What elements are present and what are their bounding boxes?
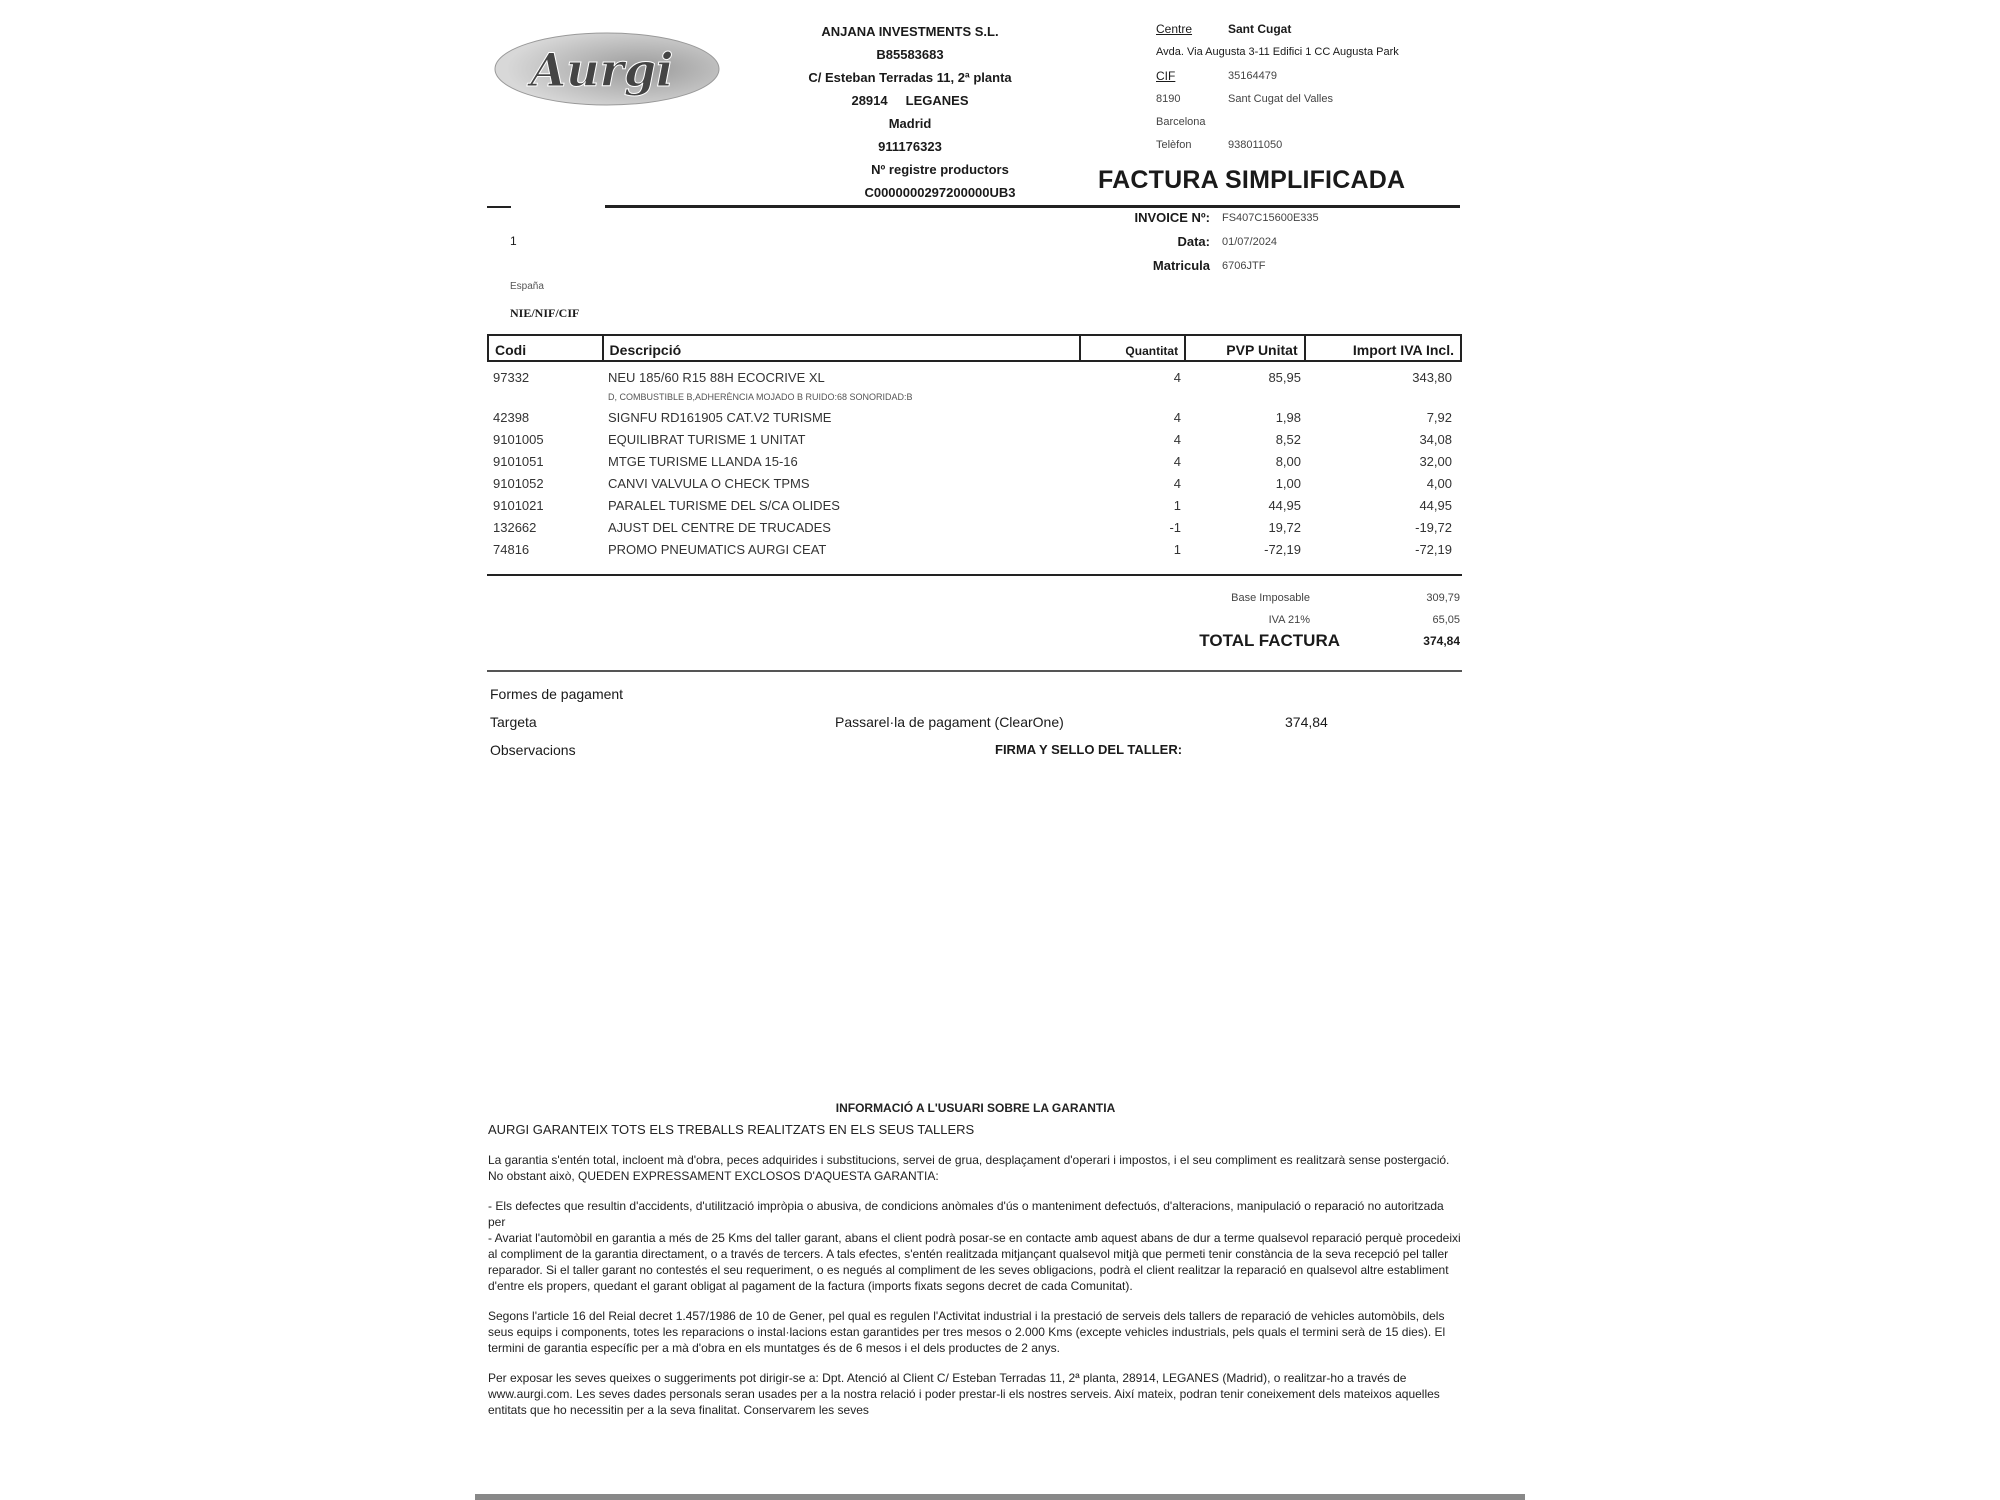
item-code: 9101051: [487, 454, 602, 469]
header-divider: [605, 205, 1460, 208]
item-description: NEU 185/60 R15 88H ECOCRIVE XL: [602, 370, 1082, 385]
item-description: PROMO PNEUMATICS AURGI CEAT: [602, 542, 1082, 557]
item-code: 97332: [487, 370, 602, 385]
item-unit-price: 8,00: [1187, 454, 1307, 469]
col-unit-price: PVP Unitat: [1186, 336, 1306, 360]
signature-label: FIRMA Y SELLO DEL TALLER:: [995, 736, 1182, 764]
invoice-number-label: INVOICE Nº:: [1100, 206, 1222, 230]
warranty-title: INFORMACIÓ A L'USUARI SOBRE LA GARANTIA: [488, 1100, 1463, 1116]
item-description: SIGNFU RD161905 CAT.V2 TURISME: [602, 410, 1082, 425]
item-total: 34,08: [1307, 432, 1462, 447]
base-value: 309,79: [1380, 592, 1460, 604]
warranty-paragraph-4: Per exposar les seves queixes o suggerim…: [488, 1370, 1463, 1418]
table-row: 9101005EQUILIBRAT TURISME 1 UNITAT48,523…: [487, 428, 1462, 450]
payment-section: Formes de pagament Targeta Passarel·la d…: [490, 680, 1390, 764]
company-cif: B85583683: [760, 43, 1060, 66]
registry-value: C0000000297200000UB3: [760, 181, 1060, 204]
centre-label: Centre: [1156, 18, 1228, 41]
item-unit-price: 1,00: [1187, 476, 1307, 491]
document-title: FACTURA SIMPLIFICADA: [1098, 166, 1405, 195]
centre-city: Sant Cugat del Valles: [1228, 88, 1333, 111]
page-bottom-edge: [475, 1494, 1525, 1500]
table-row: 9101051MTGE TURISME LLANDA 15-1648,0032,…: [487, 450, 1462, 472]
col-description: Descripció: [604, 336, 1082, 360]
item-description: PARALEL TURISME DEL S/CA OLIDES: [602, 498, 1082, 513]
item-code: 42398: [487, 410, 602, 425]
centre-cif-value: 35164479: [1228, 65, 1277, 88]
client-tax-id-label: NIE/NIF/CIF: [510, 300, 579, 326]
client-line: 1: [510, 228, 579, 254]
card-label: Targeta: [490, 708, 835, 736]
item-code: 132662: [487, 520, 602, 535]
company-info: ANJANA INVESTMENTS S.L. B85583683 C/ Est…: [760, 20, 1060, 204]
centre-postal-code: 8190: [1156, 88, 1228, 111]
company-name: ANJANA INVESTMENTS S.L.: [760, 20, 1060, 43]
item-total: 7,92: [1307, 410, 1462, 425]
centre-cif-label: CIF: [1156, 65, 1228, 88]
col-quantity: Quantitat: [1081, 336, 1186, 360]
table-row: 132662AJUST DEL CENTRE DE TRUCADES-119,7…: [487, 516, 1462, 538]
item-total: 4,00: [1307, 476, 1462, 491]
invoice-date-label: Data:: [1100, 230, 1222, 254]
item-code: 9101021: [487, 498, 602, 513]
client-country: España: [510, 274, 579, 300]
invoice-date-value: 01/07/2024: [1222, 230, 1277, 254]
logo-text: Aurgi: [526, 43, 673, 97]
aurgi-logo: Aurgi: [492, 28, 722, 110]
totals-divider: [487, 670, 1462, 672]
item-unit-price: 1,98: [1187, 410, 1307, 425]
iva-label: IVA 21%: [1100, 614, 1380, 626]
item-description: MTGE TURISME LLANDA 15-16: [602, 454, 1082, 469]
item-code: 9101052: [487, 476, 602, 491]
table-header: Codi Descripció Quantitat PVP Unitat Imp…: [487, 334, 1462, 362]
registry-label: Nº registre productors: [760, 158, 1060, 181]
table-body: 97332NEU 185/60 R15 88H ECOCRIVE XL485,9…: [487, 366, 1462, 560]
gateway-amount: 374,84: [1285, 708, 1328, 736]
col-total: Import IVA Incl.: [1306, 336, 1460, 360]
gateway-label: Passarel·la de pagament (ClearOne): [835, 708, 1285, 736]
centre-phone-label: Telèfon: [1156, 134, 1228, 157]
base-label: Base Imposable: [1100, 592, 1380, 604]
item-unit-price: 85,95: [1187, 370, 1307, 385]
item-total: 32,00: [1307, 454, 1462, 469]
warranty-paragraph-3: Segons l'article 16 del Reial decret 1.4…: [488, 1308, 1463, 1356]
invoice-number-value: FS407C15600E335: [1222, 206, 1319, 230]
item-total: -72,19: [1307, 542, 1462, 557]
header-divider-left: [487, 206, 511, 208]
centre-value: Sant Cugat: [1228, 18, 1291, 41]
item-code: 74816: [487, 542, 602, 557]
centre-info: CentreSant Cugat Avda. Via Augusta 3-11 …: [1156, 18, 1399, 158]
total-value: 374,84: [1380, 634, 1460, 648]
table-row: 9101021PARALEL TURISME DEL S/CA OLIDES14…: [487, 494, 1462, 516]
col-code: Codi: [489, 336, 604, 360]
table-bottom-divider: [487, 574, 1462, 576]
warranty-section: INFORMACIÓ A L'USUARI SOBRE LA GARANTIA …: [488, 1100, 1463, 1432]
invoice-meta: INVOICE Nº:FS407C15600E335 Data:01/07/20…: [1100, 206, 1319, 278]
line-items-table: Codi Descripció Quantitat PVP Unitat Imp…: [487, 334, 1462, 576]
item-unit-price: 44,95: [1187, 498, 1307, 513]
company-postal-city: 28914 LEGANES: [760, 89, 1060, 112]
item-subdescription: D, COMBUSTIBLE B,ADHERÈNCIA MOJADO B RUI…: [487, 388, 1462, 406]
item-unit-price: 8,52: [1187, 432, 1307, 447]
item-quantity: 4: [1082, 476, 1187, 491]
plate-label: Matricula: [1100, 254, 1222, 278]
company-phone: 911176323: [760, 135, 1060, 158]
warranty-paragraph-2: - Els defectes que resultin d'accidents,…: [488, 1198, 1463, 1294]
company-province: Madrid: [760, 112, 1060, 135]
item-quantity: 4: [1082, 410, 1187, 425]
warranty-paragraph-1: La garantia s'entén total, incloent mà d…: [488, 1152, 1463, 1184]
item-total: 44,95: [1307, 498, 1462, 513]
item-code: 9101005: [487, 432, 602, 447]
table-row: 97332NEU 185/60 R15 88H ECOCRIVE XL485,9…: [487, 366, 1462, 388]
centre-phone-value: 938011050: [1228, 134, 1282, 157]
item-quantity: 4: [1082, 432, 1187, 447]
observations-label: Observacions: [490, 736, 995, 764]
centre-address: Avda. Via Augusta 3-11 Edifici 1 CC Augu…: [1156, 41, 1399, 64]
plate-value: 6706JTF: [1222, 254, 1265, 278]
item-total: -19,72: [1307, 520, 1462, 535]
item-total: 343,80: [1307, 370, 1462, 385]
warranty-subtitle: AURGI GARANTEIX TOTS ELS TREBALLS REALIT…: [488, 1122, 1463, 1138]
item-description: EQUILIBRAT TURISME 1 UNITAT: [602, 432, 1082, 447]
table-row: 9101052CANVI VALVULA O CHECK TPMS41,004,…: [487, 472, 1462, 494]
item-quantity: 4: [1082, 370, 1187, 385]
centre-province: Barcelona: [1156, 111, 1206, 134]
item-unit-price: 19,72: [1187, 520, 1307, 535]
totals: Base Imposable309,79 IVA 21%65,05 TOTAL …: [1100, 586, 1460, 652]
item-description: AJUST DEL CENTRE DE TRUCADES: [602, 520, 1082, 535]
total-label: TOTAL FACTURA: [1100, 631, 1380, 651]
table-row: 74816PROMO PNEUMATICS AURGI CEAT1-72,19-…: [487, 538, 1462, 560]
company-address: C/ Esteban Terradas 11, 2ª planta: [760, 66, 1060, 89]
client-info: 1 España NIE/NIF/CIF: [510, 228, 579, 326]
iva-value: 65,05: [1380, 614, 1460, 626]
item-quantity: -1: [1082, 520, 1187, 535]
item-unit-price: -72,19: [1187, 542, 1307, 557]
item-quantity: 1: [1082, 498, 1187, 513]
table-row: 42398SIGNFU RD161905 CAT.V2 TURISME41,98…: [487, 406, 1462, 428]
item-description: CANVI VALVULA O CHECK TPMS: [602, 476, 1082, 491]
payment-methods-label: Formes de pagament: [490, 680, 1390, 708]
item-quantity: 1: [1082, 542, 1187, 557]
item-quantity: 4: [1082, 454, 1187, 469]
